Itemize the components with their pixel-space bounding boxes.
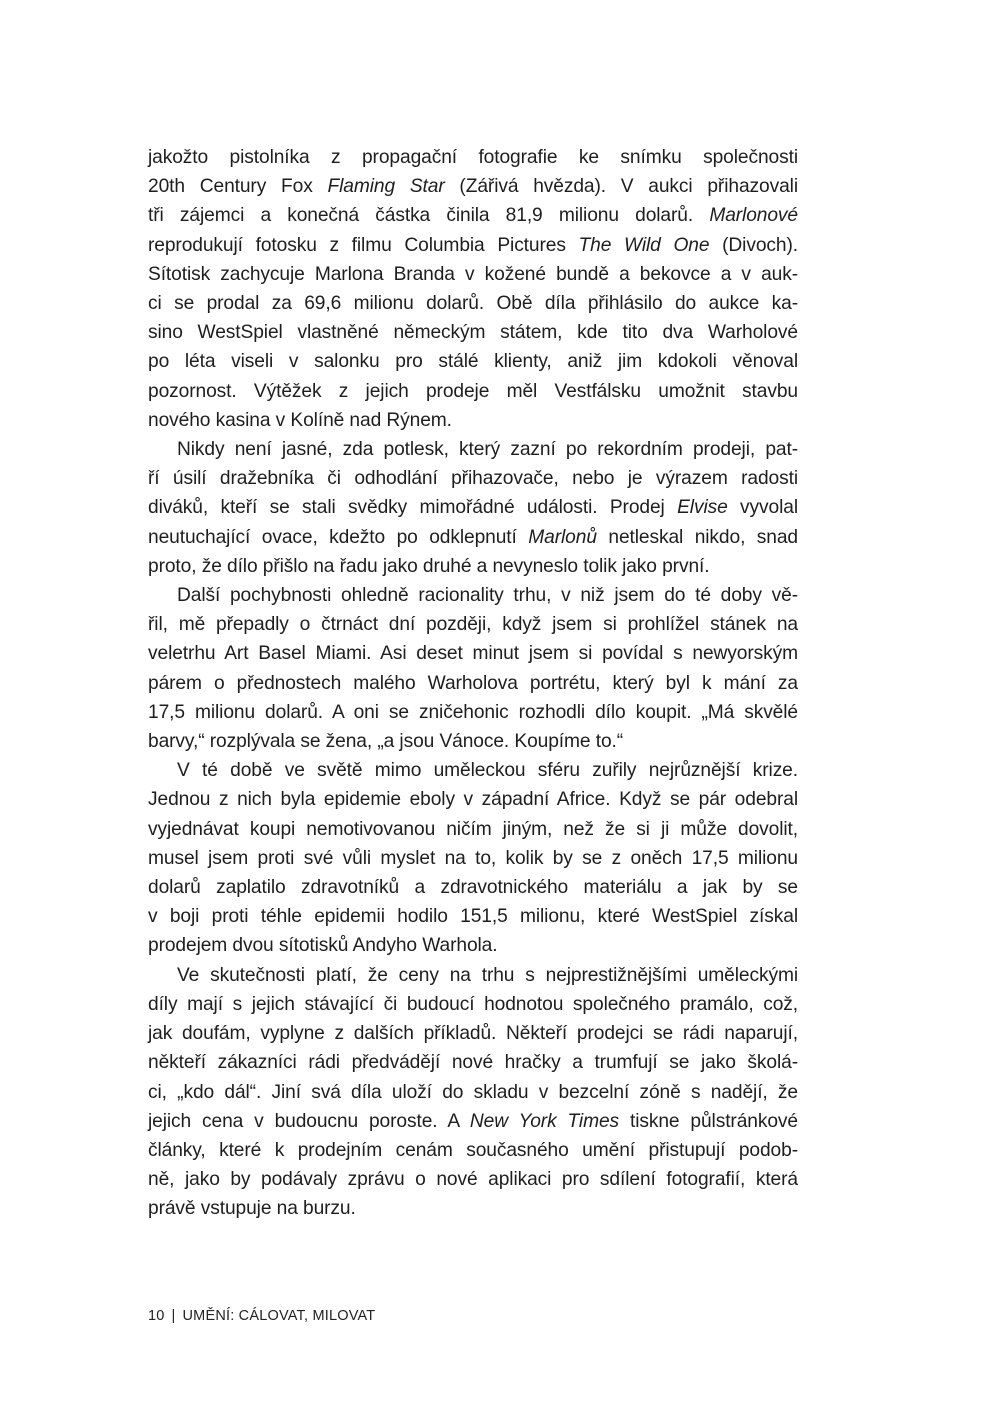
text-line: Jednou z nich byla epidemie eboly v zápa… xyxy=(148,785,798,814)
text-run: (Divoch). xyxy=(709,235,798,256)
text-run: jak doufám, vyplyne z dalších příkladů. … xyxy=(148,1023,798,1044)
text-run: ci se prodal za 69,6 milionu dolarů. Obě… xyxy=(148,293,798,314)
text-run: musel jsem proti své vůli myslet na to, … xyxy=(148,848,798,869)
text-run: ci, „kdo dál“. Jiní svá díla uloží do sk… xyxy=(148,1082,798,1103)
text-run: jejich cena v budoucnu poroste. A xyxy=(148,1111,470,1132)
paragraph: jakožto pistolníka z propagační fotograf… xyxy=(148,143,798,435)
text-line: musel jsem proti své vůli myslet na to, … xyxy=(148,844,798,873)
text-line: neutuchající ovace, kdežto po odklepnutí… xyxy=(148,523,798,552)
text-run: netleskal nikdo, snad xyxy=(597,527,798,548)
text-run: právě vstupuje na burzu. xyxy=(148,1198,356,1219)
text-line: jakožto pistolníka z propagační fotograf… xyxy=(148,143,798,172)
text-run: díly mají s jejich stávající či budoucí … xyxy=(148,994,798,1015)
text-line: ci se prodal za 69,6 milionu dolarů. Obě… xyxy=(148,289,798,318)
text-line: V té době ve světě mimo uměleckou sféru … xyxy=(148,756,798,785)
text-run: Nikdy není jasné, zda potlesk, který zaz… xyxy=(177,439,798,460)
text-run: diváků, kteří se stali svědky mimořádné … xyxy=(148,497,677,518)
text-line: dolarů zaplatilo zdravotníků a zdravotni… xyxy=(148,873,798,902)
text-line: ci, „kdo dál“. Jiní svá díla uloží do sk… xyxy=(148,1078,798,1107)
text-run: v boji proti téhle epidemii hodilo 151,5… xyxy=(148,906,798,927)
text-line: ří úsilí dražebníka či odhodlání přihazo… xyxy=(148,464,798,493)
text-run: Ve skutečnosti platí, že ceny na trhu s … xyxy=(177,965,798,986)
text-run: prodejem dvou sítotisků Andyho Warhola. xyxy=(148,935,498,956)
text-line: jak doufám, vyplyne z dalších příkladů. … xyxy=(148,1019,798,1048)
text-run: ně, jako by podávaly zprávu o nové aplik… xyxy=(148,1169,798,1190)
text-line: nového kasina v Kolíně nad Rýnem. xyxy=(148,406,798,435)
text-run: 20th Century Fox xyxy=(148,176,328,197)
text-line: Další pochybnosti ohledně racionality tr… xyxy=(148,581,798,610)
text-run: nového kasina v Kolíně nad Rýnem. xyxy=(148,410,452,431)
page-body: jakožto pistolníka z propagační fotograf… xyxy=(148,143,798,1224)
text-run: někteří zákazníci rádi předvádějí nové h… xyxy=(148,1052,798,1073)
text-run: neutuchající ovace, kdežto po odklepnutí xyxy=(148,527,528,548)
text-line: diváků, kteří se stali svědky mimořádné … xyxy=(148,493,798,522)
text-run: sino WestSpiel vlastněné německým státem… xyxy=(148,322,798,343)
paragraph: V té době ve světě mimo uměleckou sféru … xyxy=(148,756,798,960)
text-line: někteří zákazníci rádi předvádějí nové h… xyxy=(148,1048,798,1077)
text-line: tři zájemci a konečná částka činila 81,9… xyxy=(148,201,798,230)
text-line: Ve skutečnosti platí, že ceny na trhu s … xyxy=(148,961,798,990)
text-run: tři zájemci a konečná částka činila 81,9… xyxy=(148,205,709,226)
text-line: barvy,“ rozplývala se žena, „a jsou Váno… xyxy=(148,727,798,756)
text-line: proto, že dílo přišlo na řadu jako druhé… xyxy=(148,552,798,581)
text-line: právě vstupuje na burzu. xyxy=(148,1194,798,1223)
text-run: Další pochybnosti ohledně racionality tr… xyxy=(177,585,798,606)
paragraph: Další pochybnosti ohledně racionality tr… xyxy=(148,581,798,756)
text-run: tiskne půlstránkové xyxy=(619,1111,798,1132)
italic-title: New York Times xyxy=(470,1111,619,1132)
text-line: ně, jako by podávaly zprávu o nové aplik… xyxy=(148,1165,798,1194)
text-run: V té době ve světě mimo uměleckou sféru … xyxy=(177,760,798,781)
text-run: Sítotisk zachycuje Marlona Branda v kože… xyxy=(148,264,798,285)
text-run: párem o přednostech malého Warholova por… xyxy=(148,673,798,694)
text-line: články, které k prodejním cenám současné… xyxy=(148,1136,798,1165)
text-line: Sítotisk zachycuje Marlona Branda v kože… xyxy=(148,260,798,289)
text-line: 20th Century Fox Flaming Star (Zářivá hv… xyxy=(148,172,798,201)
footer-separator: | xyxy=(172,1308,176,1324)
text-run: (Zářivá hvězda). V aukci přihazovali xyxy=(445,176,798,197)
text-run: barvy,“ rozplývala se žena, „a jsou Váno… xyxy=(148,731,623,752)
text-run: dolarů zaplatilo zdravotníků a zdravotni… xyxy=(148,877,798,898)
text-run: vyvolal xyxy=(728,497,798,518)
text-line: řil, mě přepadly o čtrnáct dní později, … xyxy=(148,610,798,639)
text-line: prodejem dvou sítotisků Andyho Warhola. xyxy=(148,931,798,960)
running-title: UMĚNÍ: CÁLOVAT, MILOVAT xyxy=(183,1308,376,1324)
italic-title: Elvise xyxy=(677,497,728,518)
page-footer: 10|UMĚNÍ: CÁLOVAT, MILOVAT xyxy=(148,1308,375,1324)
paragraph: Nikdy není jasné, zda potlesk, který zaz… xyxy=(148,435,798,581)
text-line: po léta viseli v salonku pro stálé klien… xyxy=(148,347,798,376)
text-run: články, které k prodejním cenám současné… xyxy=(148,1140,798,1161)
text-line: díly mají s jejich stávající či budoucí … xyxy=(148,990,798,1019)
text-line: 17,5 milionu dolarů. A oni se zničehonic… xyxy=(148,698,798,727)
italic-title: The Wild One xyxy=(579,235,710,256)
text-line: sino WestSpiel vlastněné německým státem… xyxy=(148,318,798,347)
text-run: ří úsilí dražebníka či odhodlání přihazo… xyxy=(148,468,798,489)
text-run: Jednou z nich byla epidemie eboly v zápa… xyxy=(148,789,798,810)
text-line: jejich cena v budoucnu poroste. A New Yo… xyxy=(148,1107,798,1136)
text-run: pozornost. Výtěžek z jejich prodeje měl … xyxy=(148,381,798,402)
text-run: po léta viseli v salonku pro stálé klien… xyxy=(148,351,798,372)
text-line: v boji proti téhle epidemii hodilo 151,5… xyxy=(148,902,798,931)
italic-title: Marlonů xyxy=(528,527,597,548)
text-run: reprodukují fotosku z filmu Columbia Pic… xyxy=(148,235,579,256)
italic-title: Marlonové xyxy=(709,205,798,226)
italic-title: Flaming Star xyxy=(328,176,445,197)
paragraph: Ve skutečnosti platí, že ceny na trhu s … xyxy=(148,961,798,1224)
text-run: řil, mě přepadly o čtrnáct dní později, … xyxy=(148,614,798,635)
text-line: vyjednávat koupi nemotivovanou ničím jin… xyxy=(148,815,798,844)
text-run: veletrhu Art Basel Miami. Asi deset minu… xyxy=(148,643,798,664)
page-number: 10 xyxy=(148,1308,165,1324)
text-line: reprodukují fotosku z filmu Columbia Pic… xyxy=(148,231,798,260)
text-line: veletrhu Art Basel Miami. Asi deset minu… xyxy=(148,639,798,668)
text-run: jakožto pistolníka z propagační fotograf… xyxy=(148,147,798,168)
text-run: proto, že dílo přišlo na řadu jako druhé… xyxy=(148,556,710,577)
text-line: pozornost. Výtěžek z jejich prodeje měl … xyxy=(148,377,798,406)
text-line: párem o přednostech malého Warholova por… xyxy=(148,669,798,698)
text-line: Nikdy není jasné, zda potlesk, který zaz… xyxy=(148,435,798,464)
text-run: 17,5 milionu dolarů. A oni se zničehonic… xyxy=(148,702,798,723)
text-run: vyjednávat koupi nemotivovanou ničím jin… xyxy=(148,819,798,840)
